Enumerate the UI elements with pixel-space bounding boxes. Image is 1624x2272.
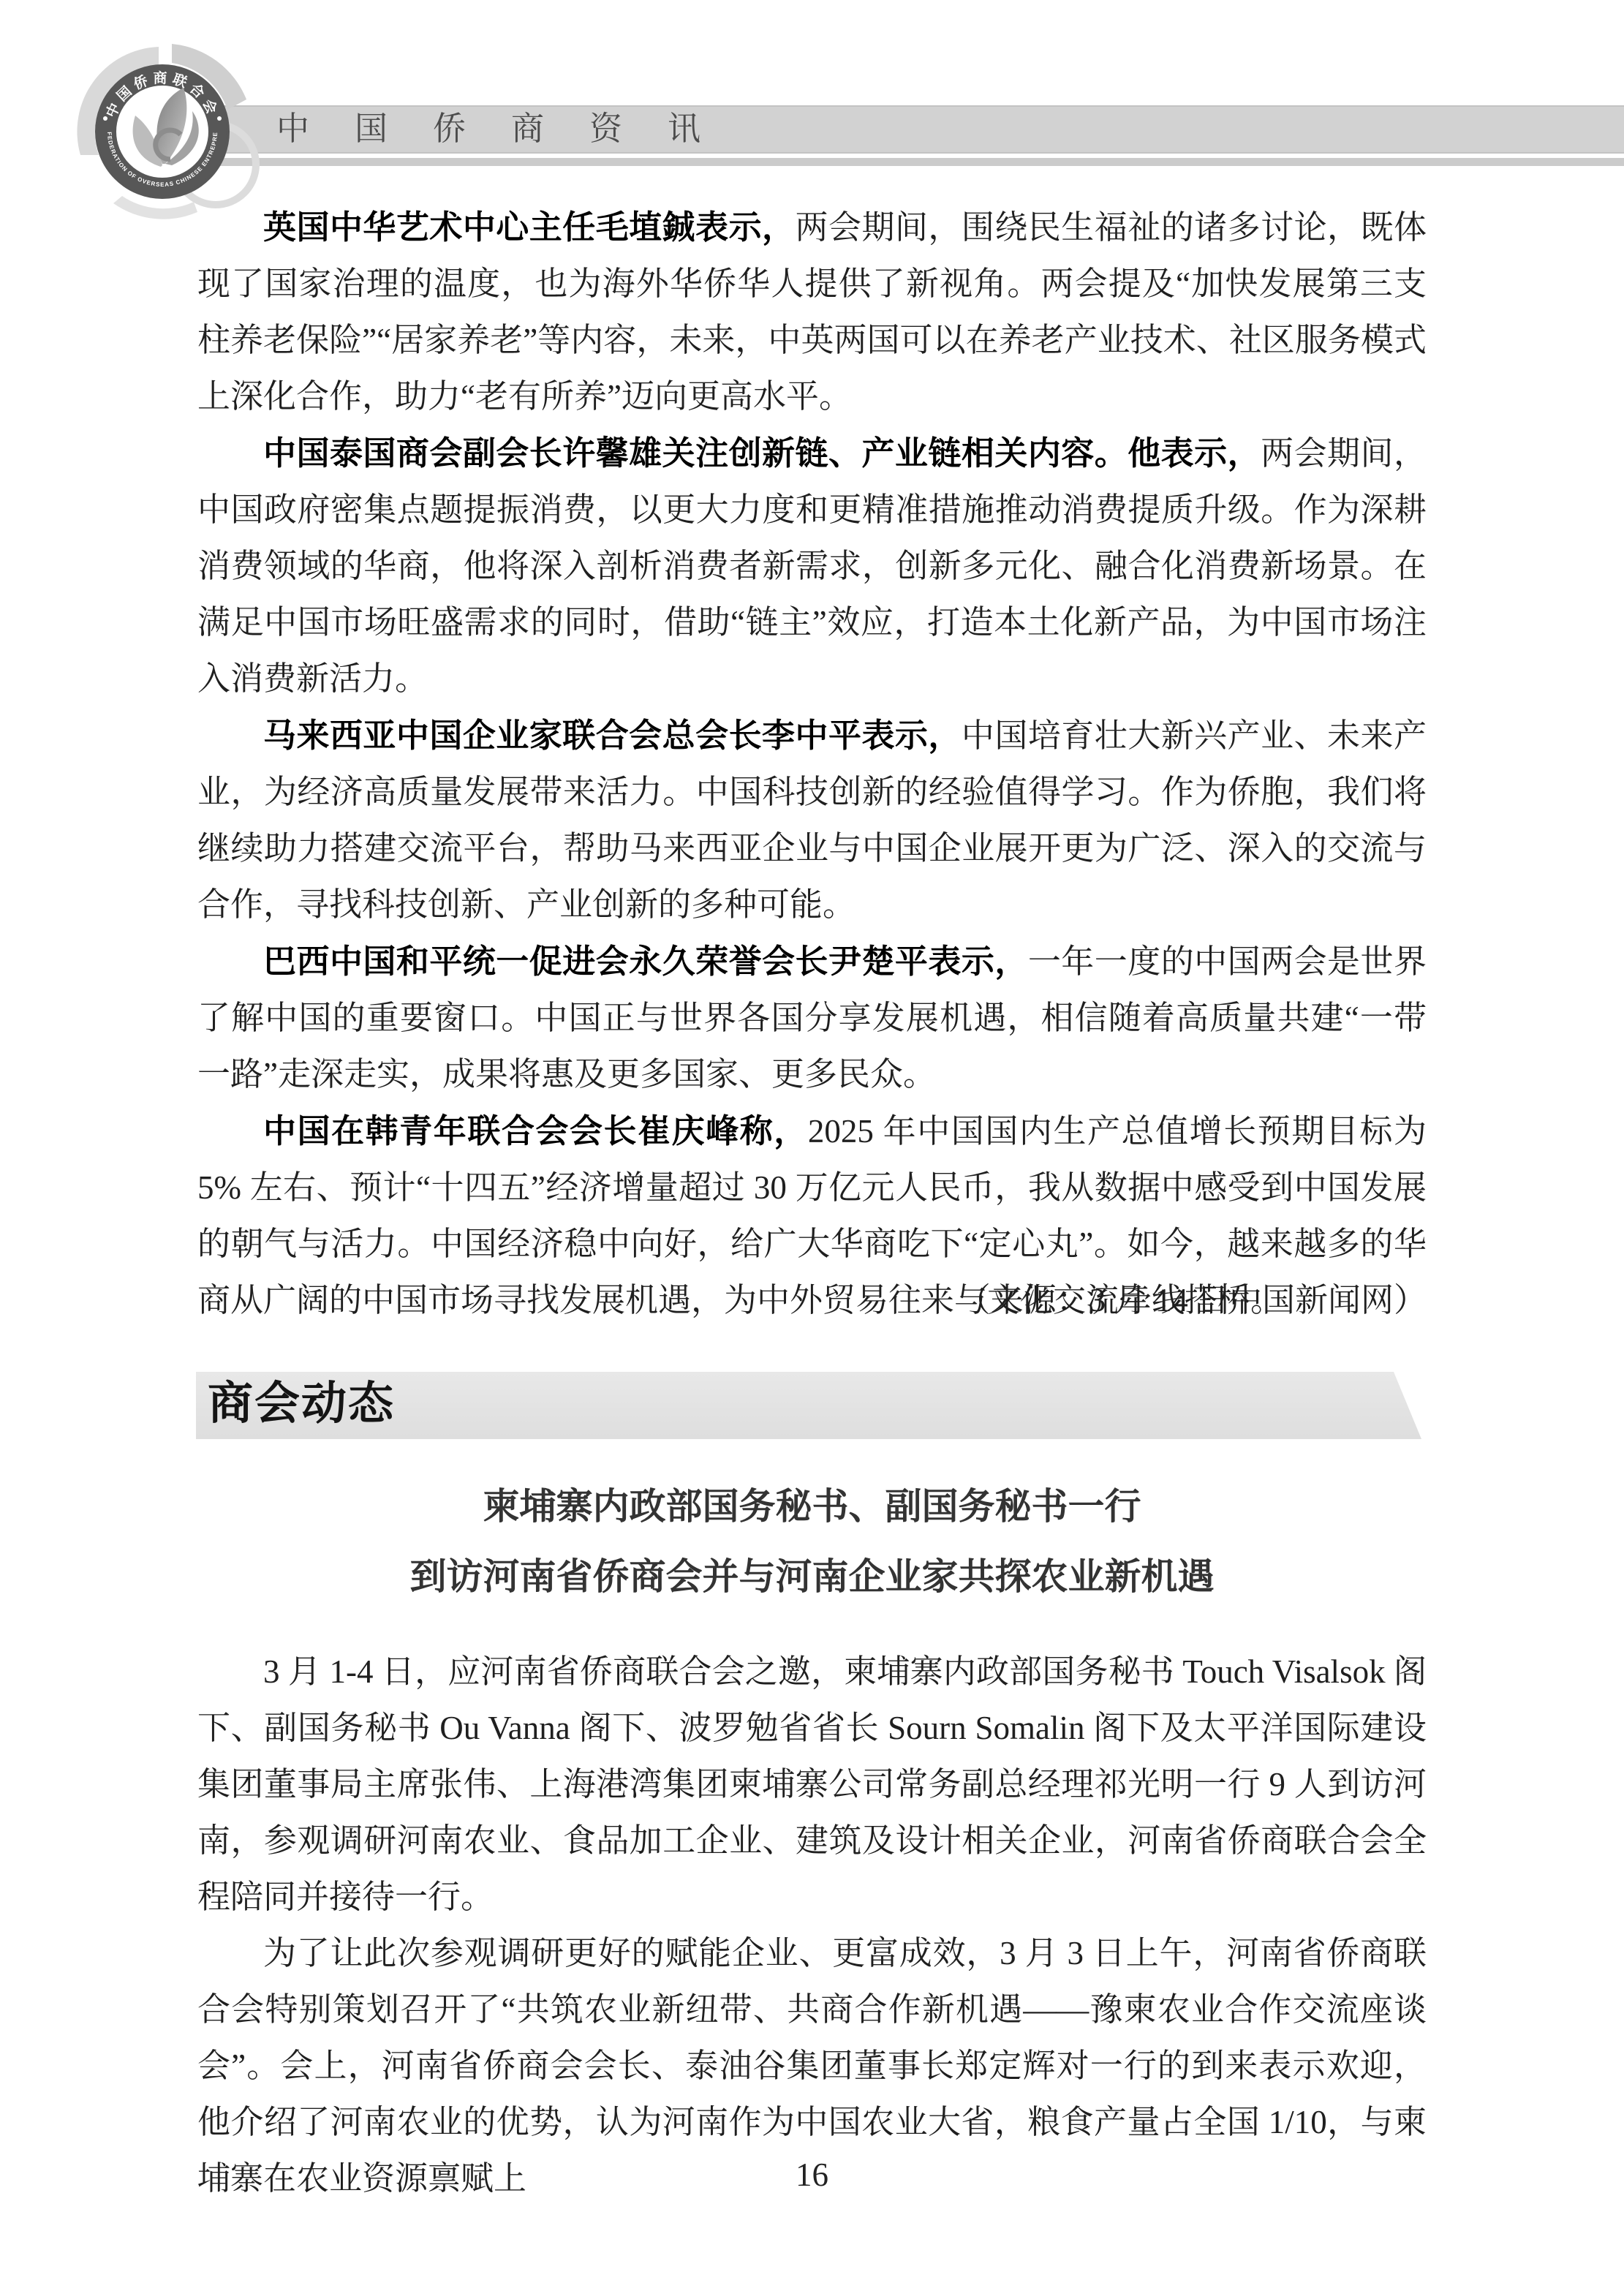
article-title-line2: 到访河南省侨商会并与河南企业家共探农业新机遇 xyxy=(197,1541,1427,1612)
paragraph: 中国泰国商会副会长许馨雄关注创新链、产业链相关内容。他表示，两会期间，中国政府密… xyxy=(197,425,1427,707)
paragraph: 3 月 1-4 日，应河南省侨商联合会之邀，柬埔寨内政部国务秘书 Touch V… xyxy=(197,1644,1427,1925)
document-page: 中国侨商资讯 中国侨商联合会 CHINA FED xyxy=(0,0,1624,2272)
paragraph: 英国中华艺术中心主任毛埴鋮表示，两会期间，围绕民生福祉的诸多讨论，既体现了国家治… xyxy=(197,199,1427,425)
article-title-line1: 柬埔寨内政部国务秘书、副国务秘书一行 xyxy=(197,1471,1427,1541)
article-title: 柬埔寨内政部国务秘书、副国务秘书一行 到访河南省侨商会并与河南企业家共探农业新机… xyxy=(197,1471,1427,1612)
speaker-lead: 中国泰国商会副会长许馨雄关注创新链、产业链相关内容。他表示， xyxy=(263,434,1261,472)
federation-seal-logo-icon: 中国侨商联合会 CHINA FEDERATION OF OVERSEAS CHI… xyxy=(69,29,260,219)
page-number: 16 xyxy=(0,2156,1624,2194)
paragraph: 马来西亚中国企业家联合会总会长李中平表示，中国培育壮大新兴产业、未来产业，为经济… xyxy=(197,707,1427,933)
section-title: 商会动态 xyxy=(208,1372,395,1439)
masthead-title: 中国侨商资讯 xyxy=(276,107,746,151)
article-body: 3 月 1-4 日，应河南省侨商联合会之邀，柬埔寨内政部国务秘书 Touch V… xyxy=(197,1644,1427,2207)
speaker-lead: 马来西亚中国企业家联合会总会长李中平表示， xyxy=(263,717,962,754)
speaker-lead: 巴西中国和平统一促进会永久荣誉会长尹楚平表示， xyxy=(263,943,1028,980)
news-body: 英国中华艺术中心主任毛埴鋮表示，两会期间，围绕民生福祉的诸多讨论，既体现了国家治… xyxy=(197,199,1427,1329)
paragraph: 巴西中国和平统一促进会永久荣誉会长尹楚平表示，一年一度的中国两会是世界了解中国的… xyxy=(197,933,1427,1103)
paragraph-text: 两会期间，中国政府密集点题提振消费，以更大力度和更精准措施推动消费提质升级。作为… xyxy=(197,435,1427,697)
speaker-lead: 中国在韩青年联合会会长崔庆峰称， xyxy=(263,1112,808,1150)
speaker-lead: 英国中华艺术中心主任毛埴鋮表示， xyxy=(263,208,796,246)
header-strip xyxy=(110,158,1624,166)
